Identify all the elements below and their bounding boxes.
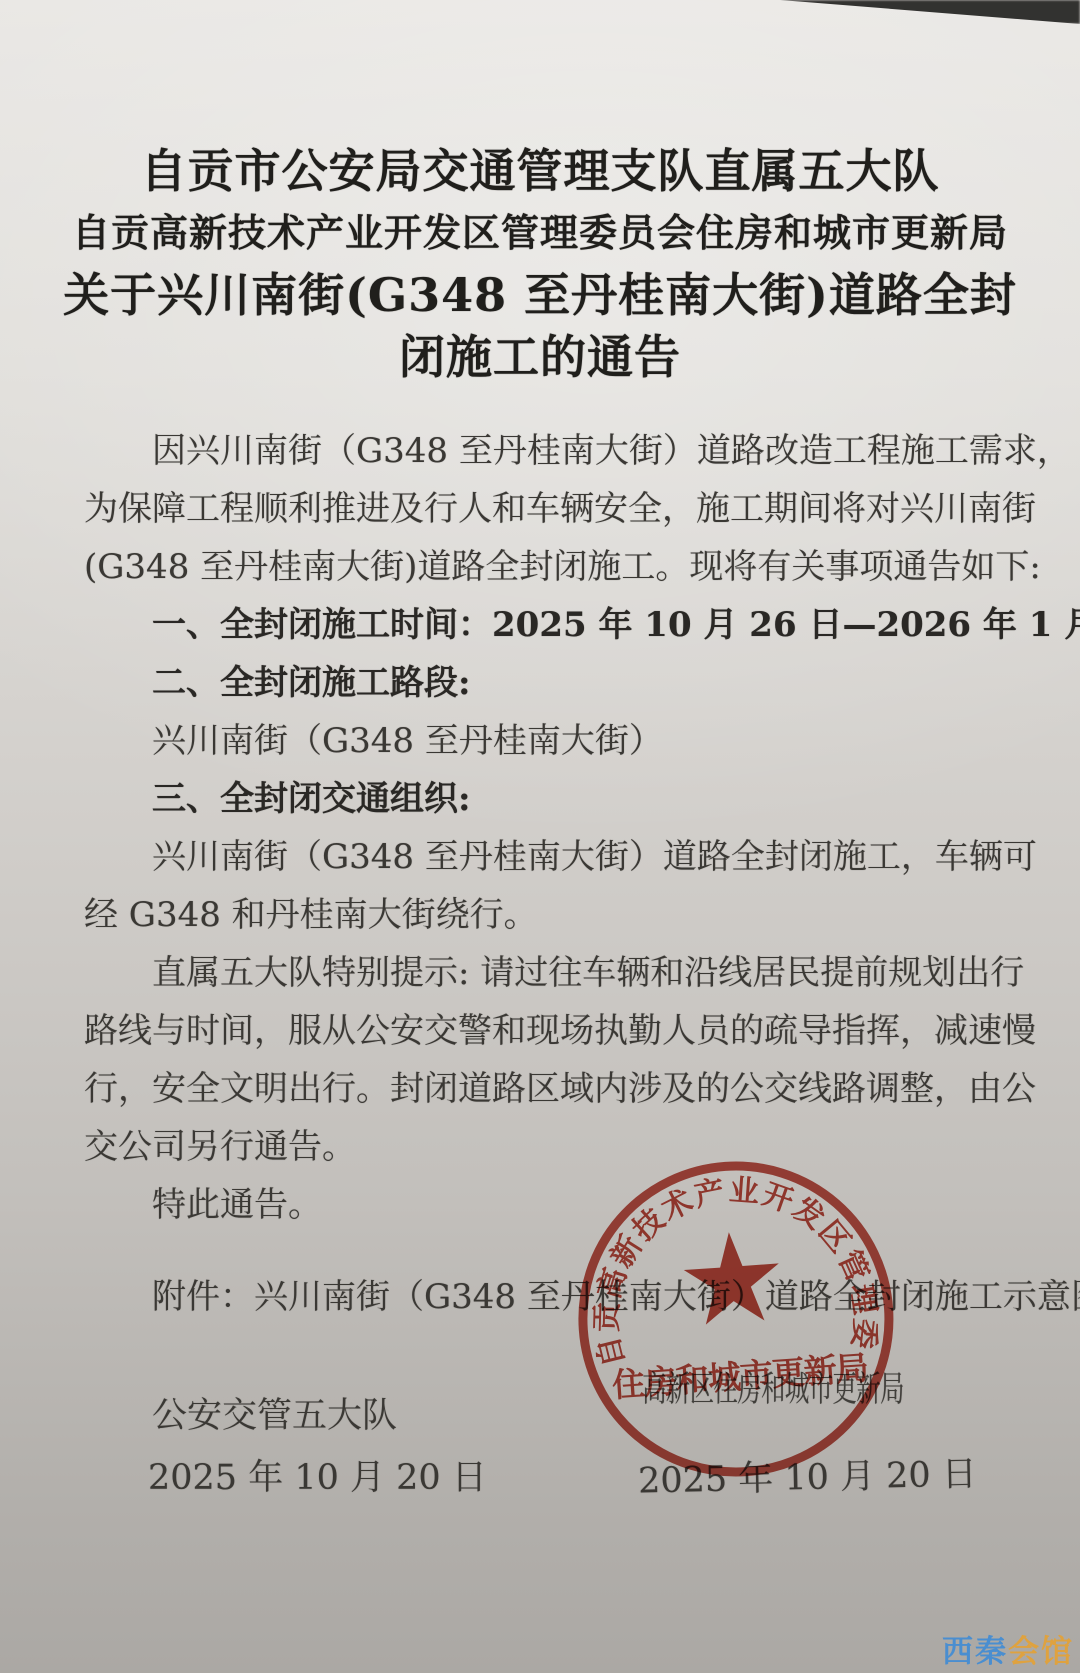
body-line: 兴川南街（G348 至丹桂南大街）道路全封闭施工，车辆可 — [84, 828, 1014, 886]
signature-left-date: 2025 年 10 月 20 日 — [148, 1450, 487, 1500]
body-line: (G348 至丹桂南大街)道路全封闭施工。现将有关事项通告如下: — [84, 538, 1014, 596]
body-line: 为保障工程顺利推进及行人和车辆安全，施工期间将对兴川南街 — [84, 480, 1014, 538]
signature-left-org: 公安交管五大队 — [152, 1388, 397, 1438]
stamp-center-text: 住房和城市更新局 — [611, 1348, 869, 1405]
notice-title-line-2: 自贡高新技术产业开发区管理委员会住房和城市更新局 — [30, 202, 1050, 264]
document-photo: 自贡市公安局交通管理支队直属五大队 自贡高新技术产业开发区管理委员会住房和城市更… — [0, 0, 1080, 1673]
watermark-logo: 西秦会馆 — [942, 1626, 1074, 1671]
notice-title: 自贡市公安局交通管理支队直属五大队 自贡高新技术产业开发区管理委员会住房和城市更… — [30, 140, 1050, 388]
body-line: 二、全封闭施工路段: — [84, 654, 1014, 712]
stamp-ring-text: 自贡高新技术产业开发区管理委员会 — [555, 1139, 886, 1376]
body-line: 直属五大队特别提示: 请过往车辆和沿线居民提前规划出行 — [84, 944, 1014, 1002]
watermark-text-blue: 西秦 — [942, 1634, 1008, 1670]
watermark-text-orange: 会馆 — [1008, 1634, 1074, 1670]
body-line: 行，安全文明出行。封闭道路区域内涉及的公交线路调整，由公 — [84, 1060, 1014, 1118]
body-line: 三、全封闭交通组织: — [84, 770, 1014, 828]
notice-title-line-1: 自贡市公安局交通管理支队直属五大队 — [30, 140, 1050, 202]
svg-text:自贡高新技术产业开发区管理委员会: 自贡高新技术产业开发区管理委员会 — [555, 1139, 886, 1376]
body-line: 经 G348 和丹桂南大街绕行。 — [84, 886, 1014, 944]
official-stamp: 自贡高新技术产业开发区管理委员会 住房和城市更新局 — [555, 1139, 918, 1502]
body-line: 路线与时间，服从公安交警和现场执勤人员的疏导指挥，减速慢 — [84, 1002, 1014, 1060]
notice-title-line-4: 闭施工的通告 — [30, 326, 1050, 388]
body-line: 因兴川南街（G348 至丹桂南大街）道路改造工程施工需求， — [84, 422, 1014, 480]
notice-title-line-3: 关于兴川南街(G348 至丹桂南大街)道路全封 — [30, 264, 1050, 326]
table-edge-shadow — [780, 0, 1080, 24]
star-icon — [681, 1229, 782, 1326]
body-line: 一、全封闭施工时间：2025 年 10 月 26 日—2026 年 1 月 31… — [84, 596, 1014, 654]
body-line: 兴川南街（G348 至丹桂南大街） — [84, 712, 1014, 770]
